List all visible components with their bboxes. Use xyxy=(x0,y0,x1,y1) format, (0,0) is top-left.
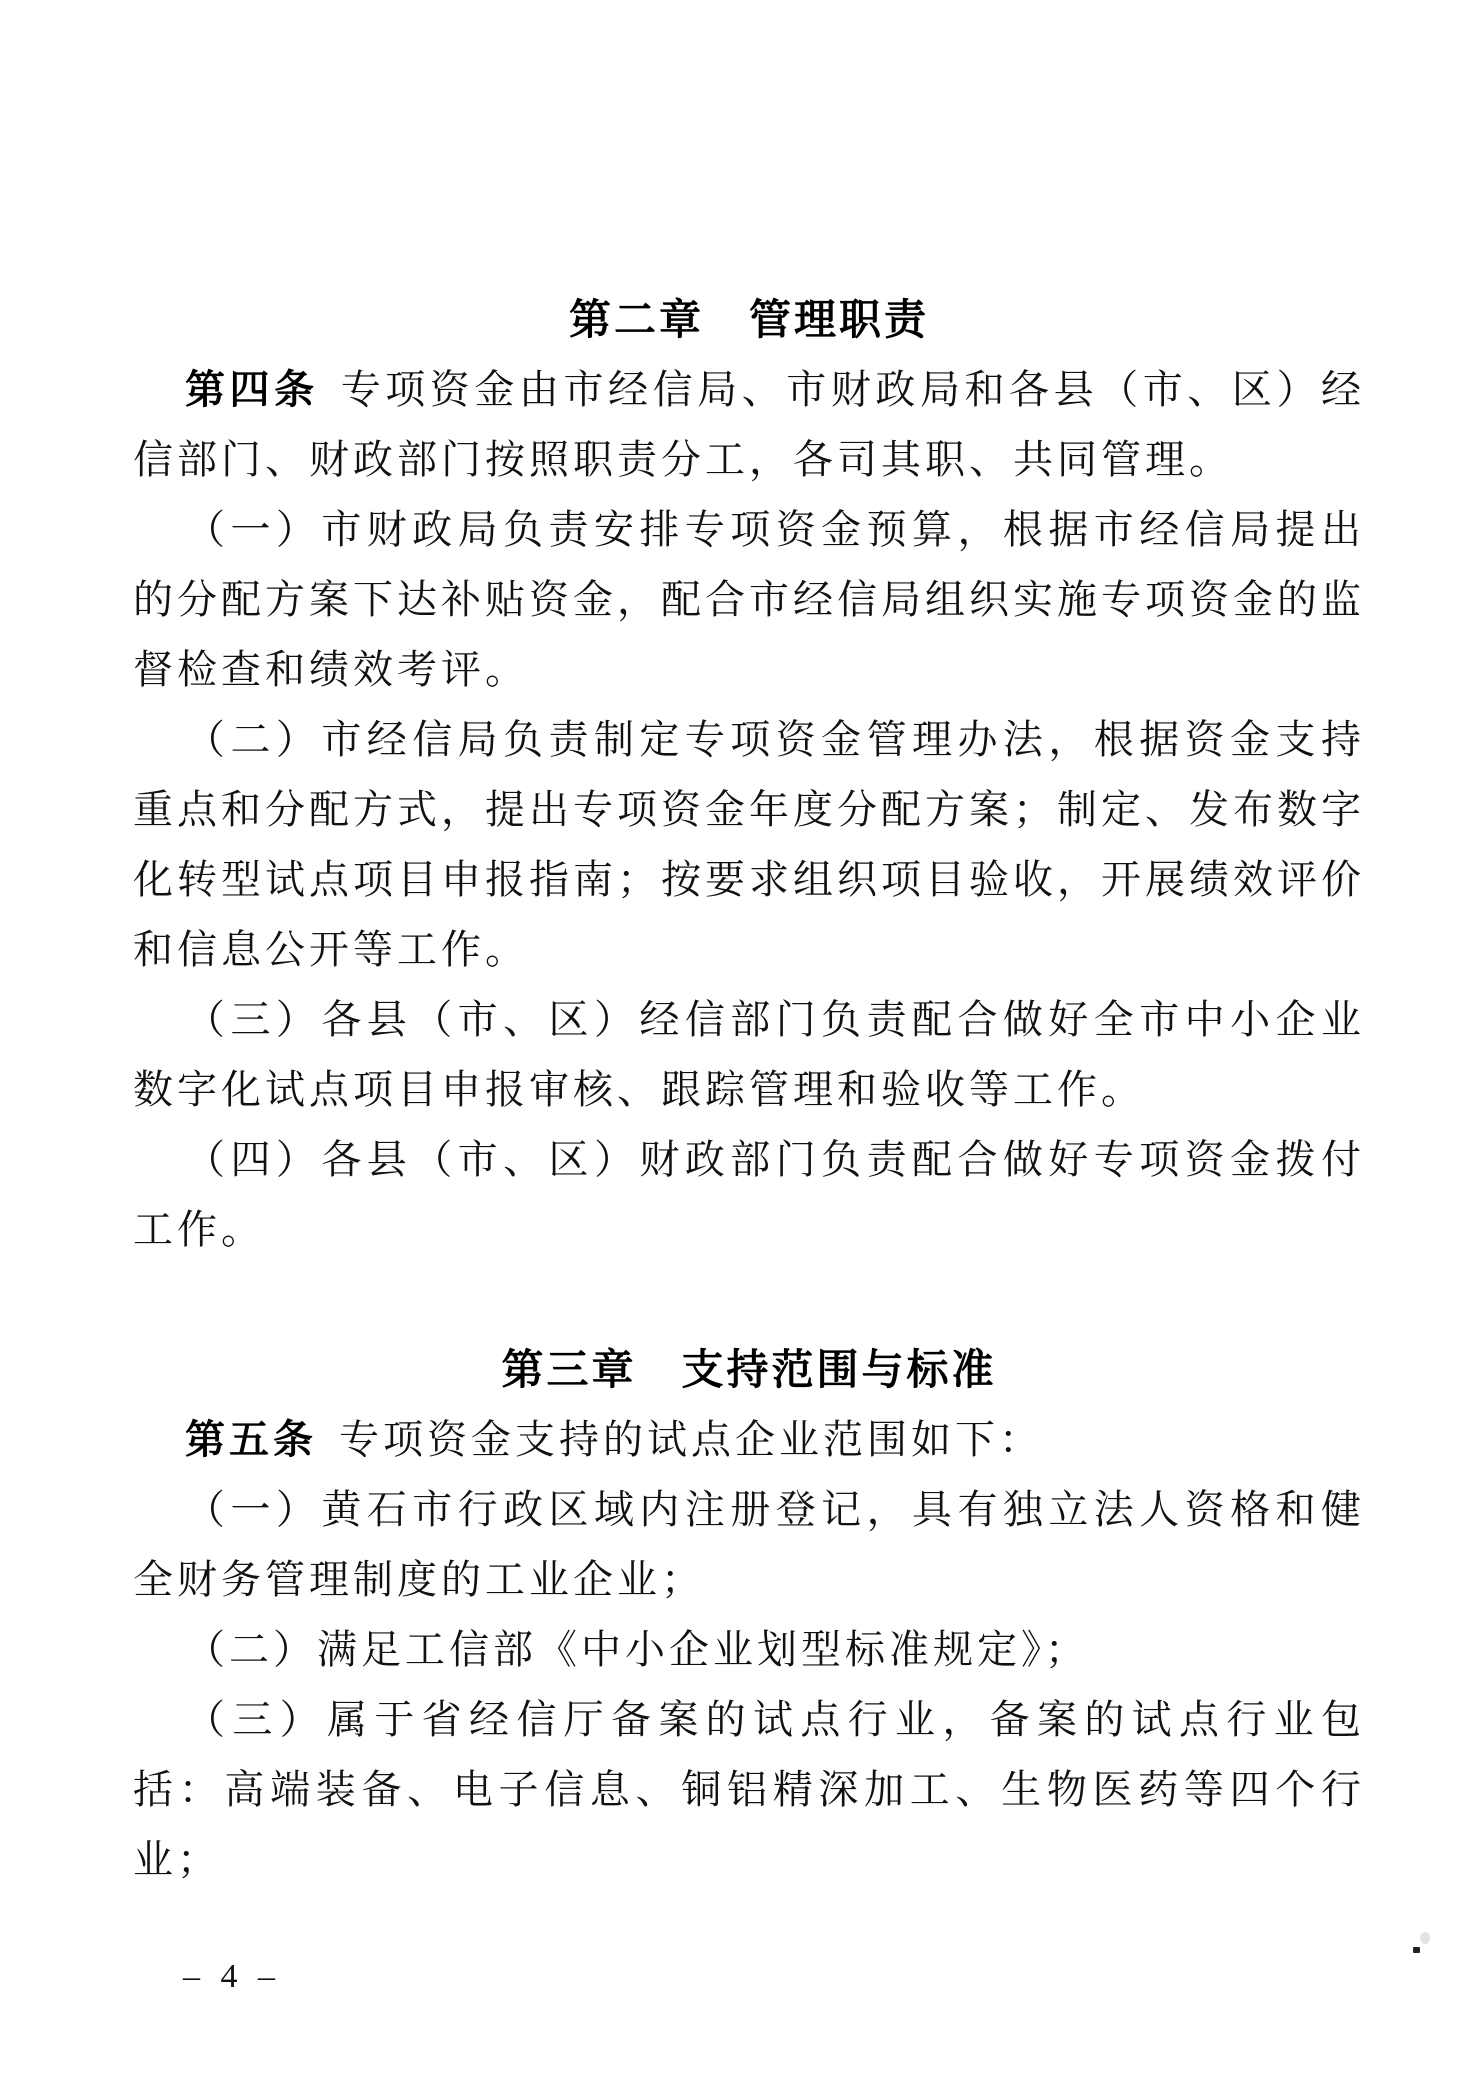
chapter-3-item-3: （三）属于省经信厅备案的试点行业，备案的试点行业包括：高端装备、电子信息、铜铝精… xyxy=(133,1685,1365,1895)
chapter-2-item-2: （二）市经信局负责制定专项资金管理办法，根据资金支持重点和分配方式，提出专项资金… xyxy=(133,705,1365,985)
article-5-text: 专项资金支持的试点企业范围如下： xyxy=(339,1417,1043,1462)
scan-artifact-dot xyxy=(1413,1947,1420,1953)
article-5-label: 第五条 xyxy=(185,1418,317,1462)
article-4-label: 第四条 xyxy=(185,368,319,412)
document-body: 第二章 管理职责 第四条专项资金由市经信局、市财政局和各县（市、区）经信部门、财… xyxy=(133,285,1365,1895)
chapter-3-heading: 第三章 支持范围与标准 xyxy=(133,1335,1365,1405)
article-4-paragraph: 第四条专项资金由市经信局、市财政局和各县（市、区）经信部门、财政部门按照职责分工… xyxy=(133,355,1365,495)
chapter-2-heading: 第二章 管理职责 xyxy=(133,285,1365,355)
chapter-2-item-1: （一）市财政局负责安排专项资金预算，根据市经信局提出的分配方案下达补贴资金，配合… xyxy=(133,495,1365,705)
chapter-3-item-2: （二）满足工信部《中小企业划型标准规定》； xyxy=(133,1615,1365,1685)
chapter-2-item-4: （四）各县（市、区）财政部门负责配合做好专项资金拨付工作。 xyxy=(133,1125,1365,1265)
chapter-2-item-3: （三）各县（市、区）经信部门负责配合做好全市中小企业数字化试点项目申报审核、跟踪… xyxy=(133,985,1365,1125)
scan-artifact-faint xyxy=(1420,1932,1430,1944)
document-page: 第二章 管理职责 第四条专项资金由市经信局、市财政局和各县（市、区）经信部门、财… xyxy=(0,0,1482,2097)
article-5-paragraph: 第五条专项资金支持的试点企业范围如下： xyxy=(133,1405,1365,1475)
chapter-3-item-1: （一）黄石市行政区域内注册登记，具有独立法人资格和健全财务管理制度的工业企业； xyxy=(133,1475,1365,1615)
page-number: – 4 – xyxy=(183,1958,281,1996)
